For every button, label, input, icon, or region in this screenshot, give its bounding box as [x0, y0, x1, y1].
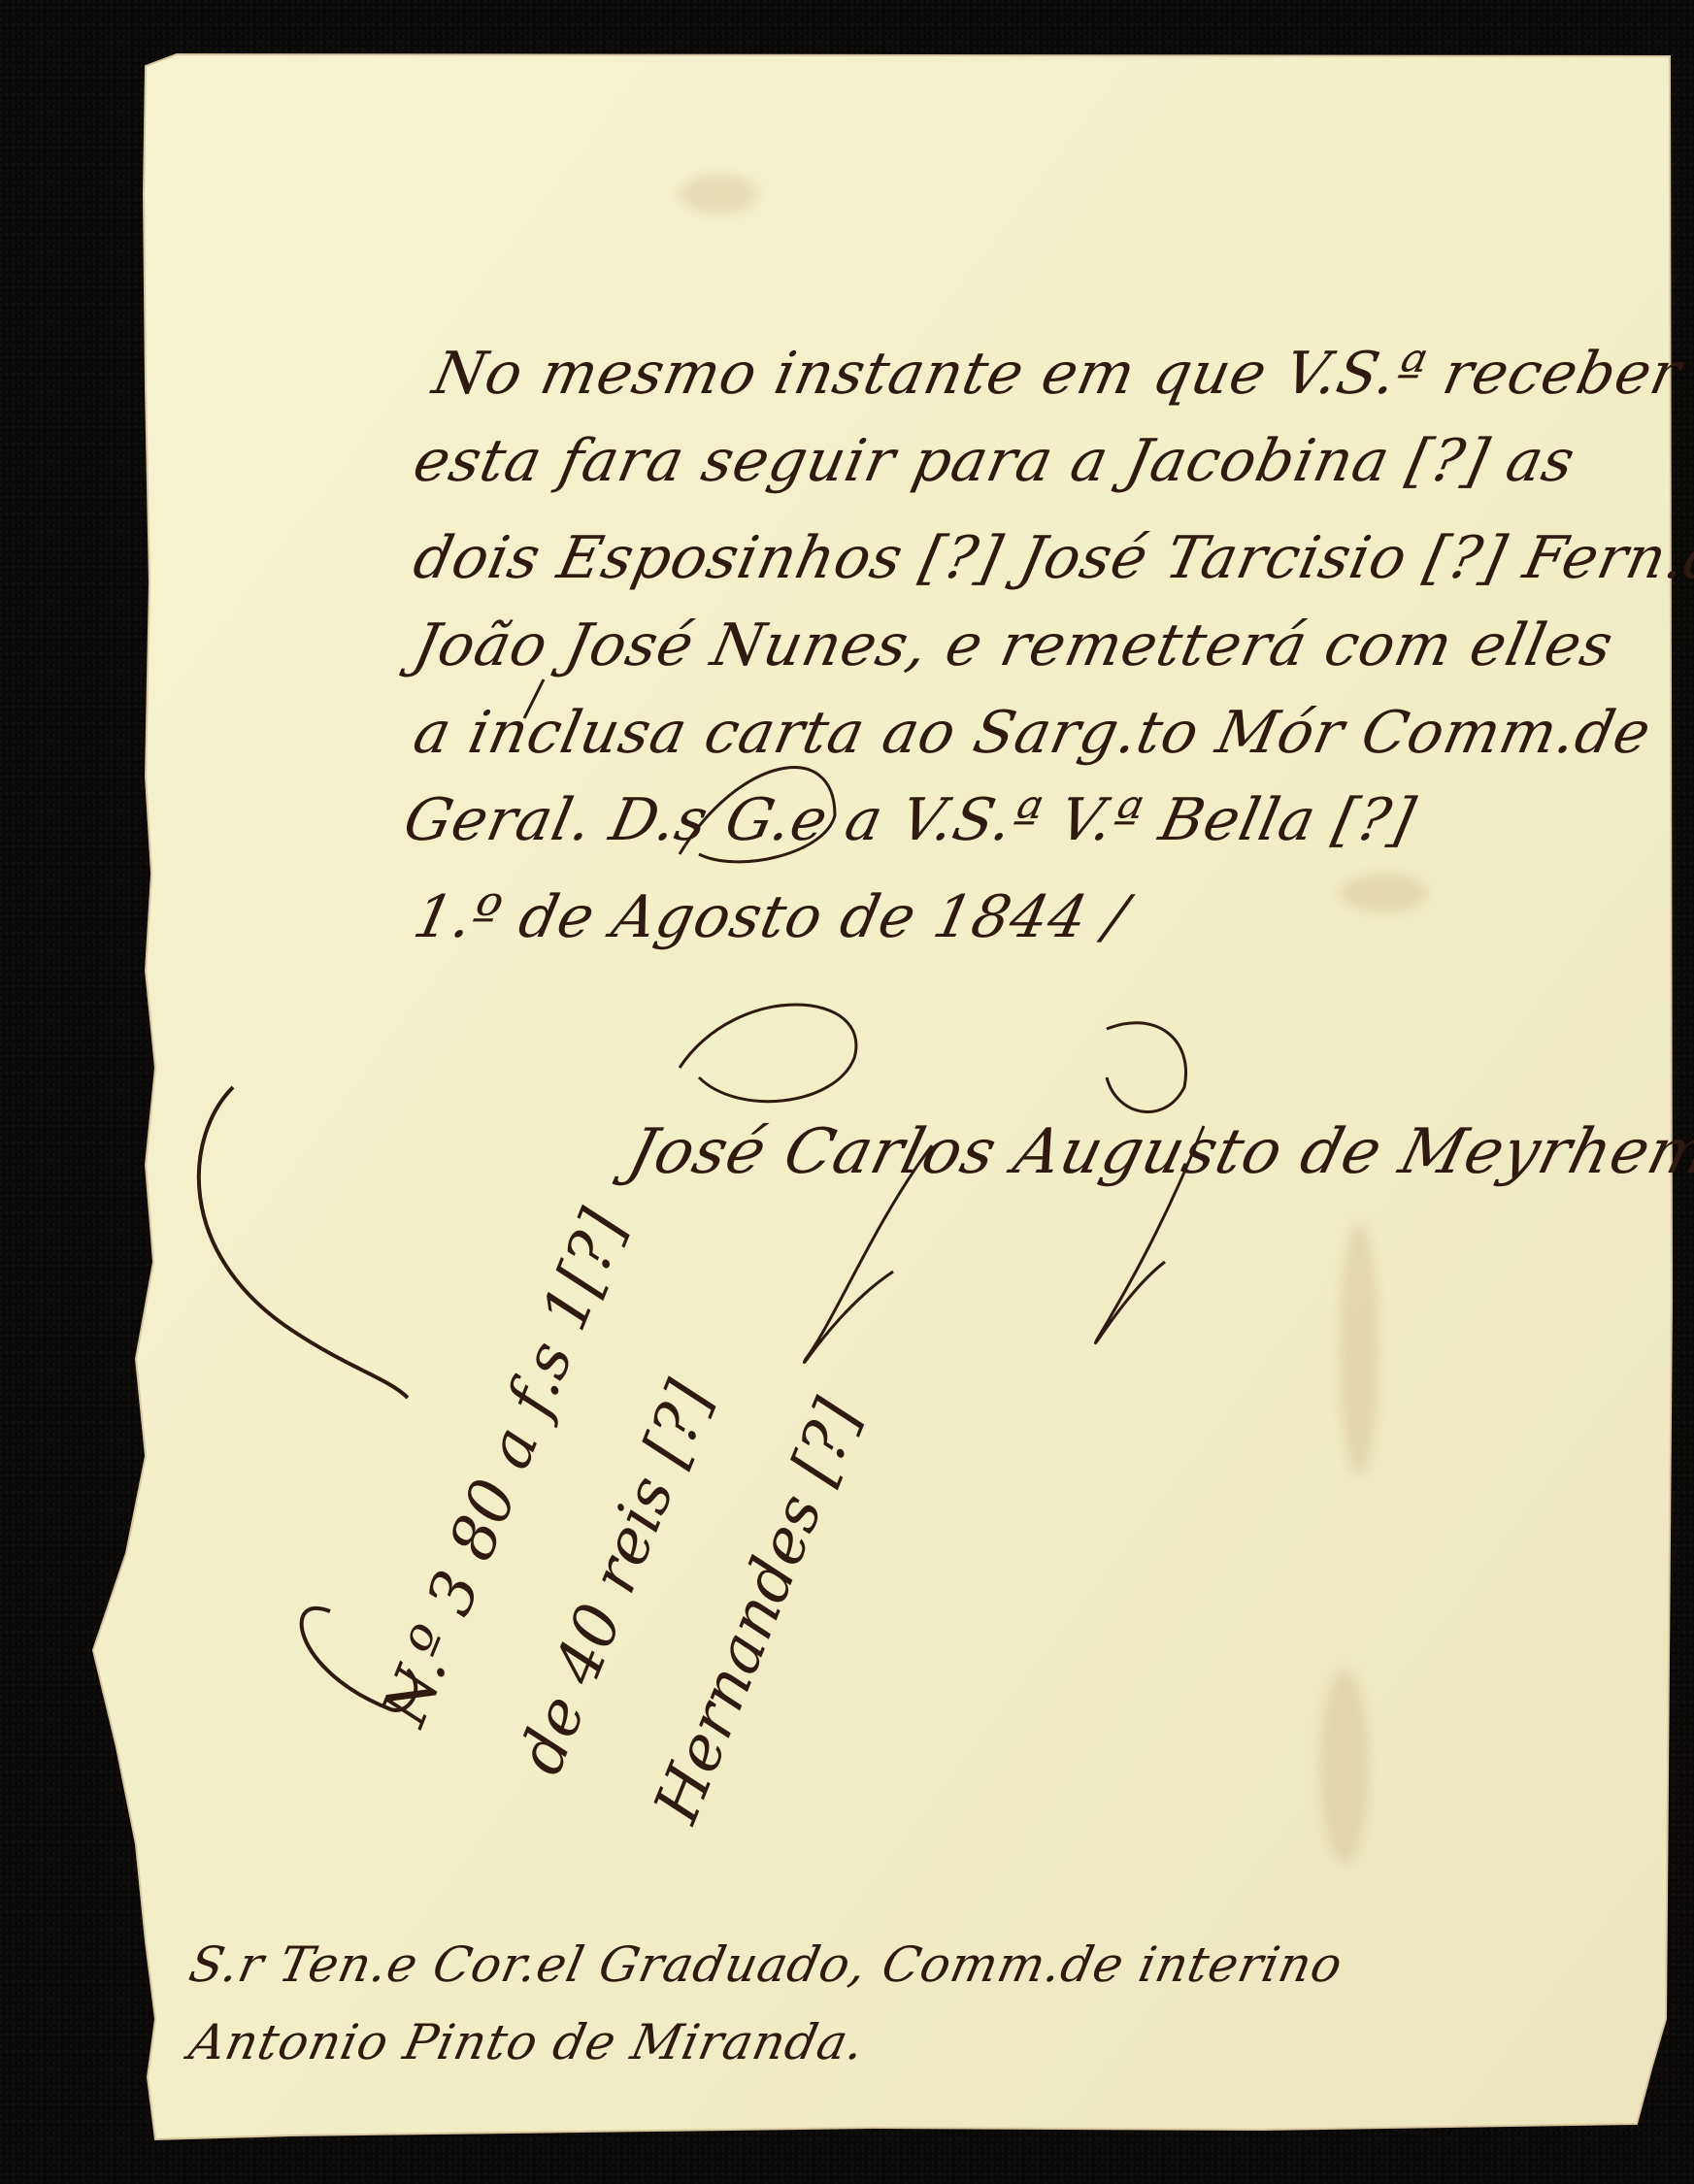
addressee-line-2: Antonio Pinto de Miranda. [184, 2014, 870, 2070]
addressee-line-1: S.r Ten.e Cor.el Graduado, Comm.de inter… [184, 1936, 1347, 1993]
document-page: No mesmo instante em que V.S.ª receber e… [0, 0, 1694, 2184]
margin-flourish-icon [0, 0, 1694, 2184]
